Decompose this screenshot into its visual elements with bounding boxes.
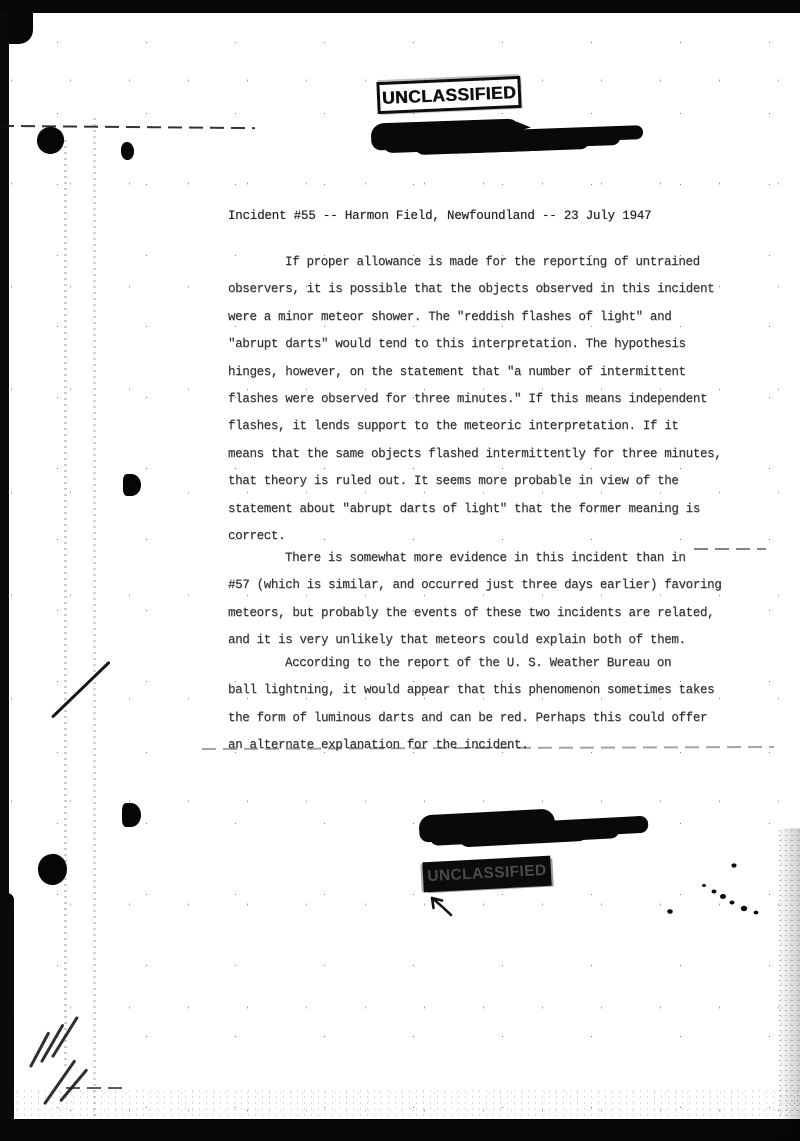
redaction-mark-top (371, 118, 522, 149)
text-line: the form of luminous darts and can be re… (228, 705, 714, 732)
paragraph-2: There is somewhat more evidence in this … (228, 545, 721, 655)
vertical-crease-line (64, 140, 67, 1070)
text-line: meteors, but probably the events of thes… (228, 600, 721, 627)
text-line: If proper allowance is made for the repo… (228, 249, 721, 276)
pen-arrow-mark (425, 891, 457, 919)
document-title: Incident #55 -- Harmon Field, Newfoundla… (228, 209, 651, 223)
text-line: observers, it is possible that the objec… (228, 276, 721, 303)
scan-border-bottom (0, 1119, 800, 1141)
text-line: "abrupt darts" would tend to this interp… (228, 331, 721, 358)
scanned-document-page: UNCLASSIFIED Incident #55 -- Harmon Fiel… (0, 0, 800, 1141)
horizontal-scratch-mark (0, 125, 255, 129)
redaction-arrow-tip (516, 121, 532, 132)
smudge-dot-trail (702, 884, 706, 887)
text-line: hinges, however, on the statement that "… (228, 359, 721, 386)
unclassified-stamp-top: UNCLASSIFIED (376, 76, 521, 114)
text-line: According to the report of the U. S. Wea… (228, 650, 714, 677)
text-line: statement about "abrupt darts of light" … (228, 496, 721, 523)
pen-slash-mark (51, 661, 111, 719)
text-line: flashes were observed for three minutes.… (228, 386, 721, 413)
text-line: means that the same objects flashed inte… (228, 441, 721, 468)
paragraph-1: If proper allowance is made for the repo… (228, 249, 721, 550)
text-line: flashes, it lends support to the meteori… (228, 413, 721, 440)
unclassified-stamp-bottom-label: UNCLASSIFIED (427, 862, 547, 886)
redaction-mark-bottom (418, 808, 555, 842)
scan-border-top (0, 0, 800, 13)
unclassified-stamp-bottom: UNCLASSIFIED (422, 856, 551, 893)
text-line: There is somewhat more evidence in this … (228, 545, 721, 572)
ink-blob-mark (123, 474, 141, 496)
ink-blob-mark (122, 803, 141, 827)
paragraph-3: According to the report of the U. S. Wea… (228, 650, 714, 760)
text-line: #57 (which is similar, and occurred just… (228, 572, 721, 599)
horizontal-scratch-mark (66, 1087, 126, 1089)
text-line: that theory is ruled out. It seems more … (228, 468, 721, 495)
text-line: were a minor meteor shower. The "reddish… (228, 304, 721, 331)
ink-blob-mark (121, 142, 134, 160)
unclassified-stamp-top-label: UNCLASSIFIED (382, 82, 517, 109)
text-line: an alternate explanation for the inciden… (228, 732, 714, 759)
paper-noise-bottom-band (0, 1088, 800, 1120)
vertical-crease-line (93, 118, 96, 1118)
text-line: ball lightning, it would appear that thi… (228, 677, 714, 704)
hole-punch-mark (35, 125, 65, 155)
